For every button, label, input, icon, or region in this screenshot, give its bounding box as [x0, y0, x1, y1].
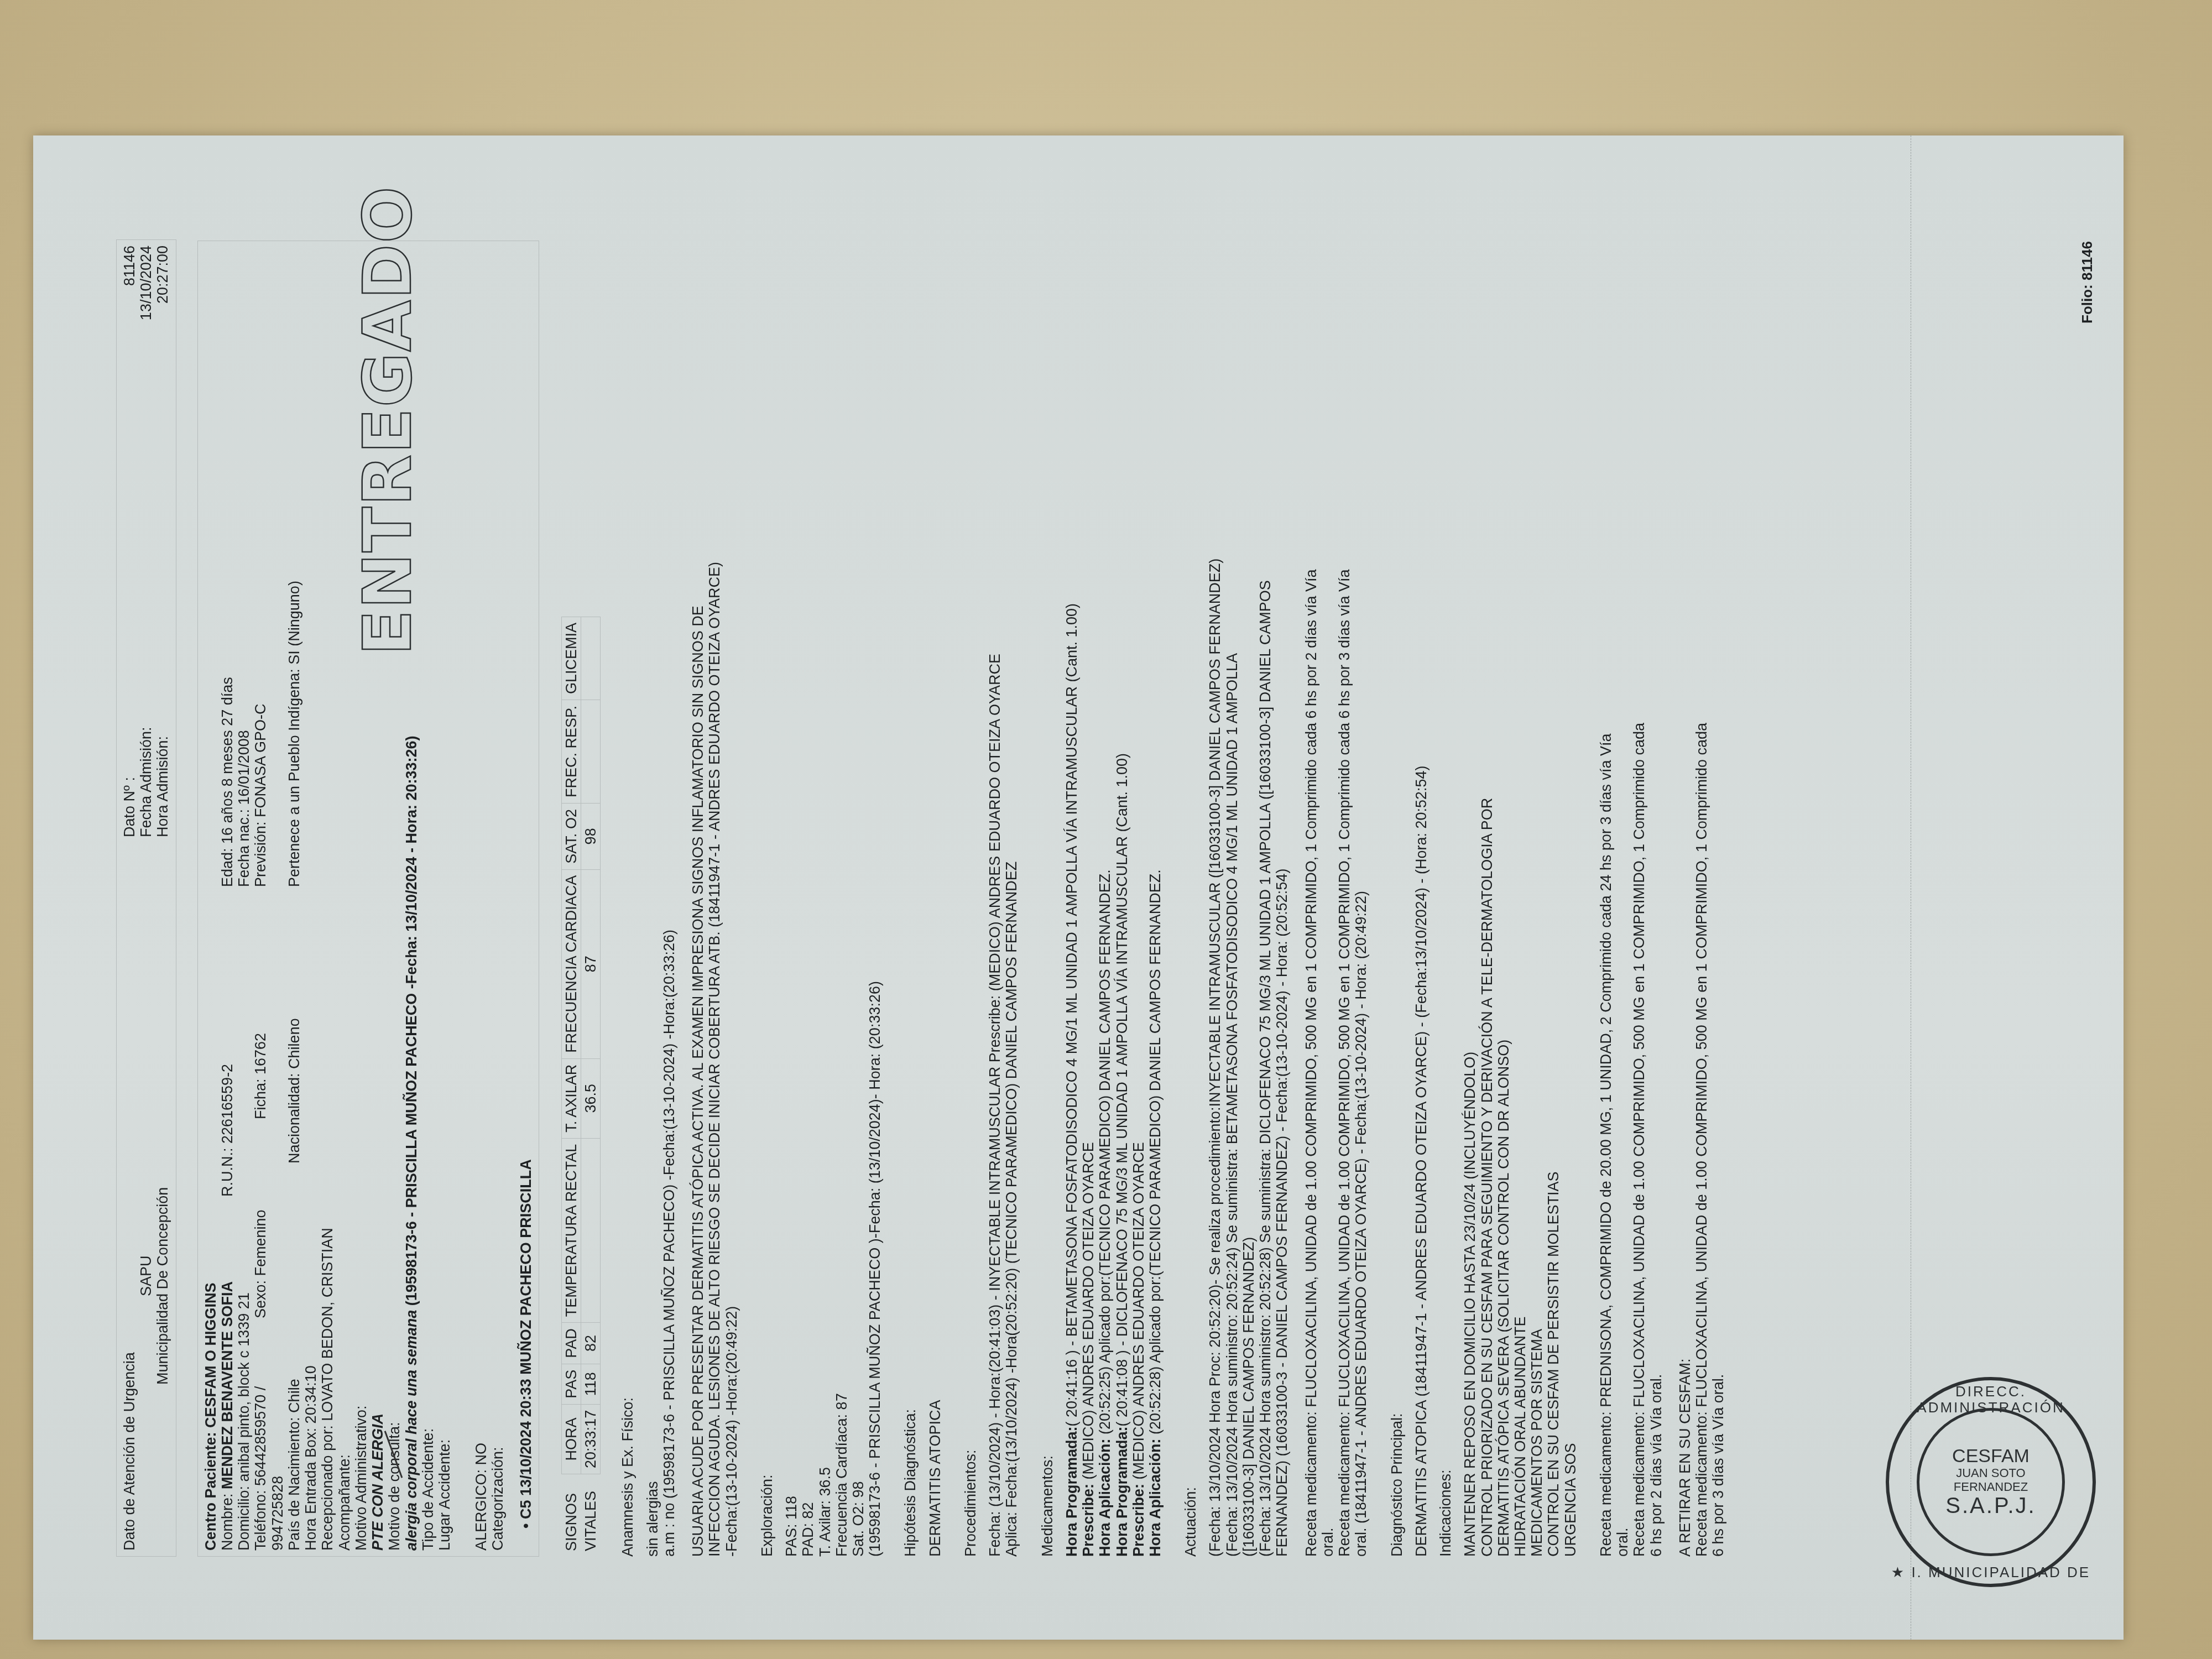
receta-retirar-line: Receta medicamento: FLUCLOXACILINA, UNID…: [1693, 196, 1710, 1557]
urgency-record-sheet: Dato de Atención de Urgencia SAPU Munici…: [33, 135, 2124, 1640]
vitals-header-cell: FRECUENCIA CARDIACA: [561, 869, 581, 1058]
anamnesis-line: [677, 196, 690, 1557]
dato-label: Dato Nº :: [121, 461, 138, 837]
anamnesis-line: -Fecha:(13-10-2024) -Hora:(20:49:22): [723, 196, 740, 1557]
anamnesis-title: Anamnesis y Ex. Físico:: [619, 196, 636, 1557]
exploracion-line: PAD: 82: [800, 196, 816, 1557]
vitals-header-cell: HORA: [561, 1404, 581, 1474]
patient-sexo: Sexo: Femenino: [252, 1119, 269, 1318]
medicamento-line: Prescribe: (MEDICO) ANDRES EDUARDO OTEIZ…: [1130, 196, 1147, 1557]
indicacion-line: MANTENER REPOSO EN DOMICILIO HASTA 23/10…: [1462, 196, 1478, 1557]
hora-admision-value: 20:27:00: [154, 246, 171, 450]
service-name: SAPU: [138, 848, 154, 1551]
indicacion-line: MEDICAMENTOS POR SISTEMA: [1528, 196, 1545, 1557]
exploracion-line: PAS: 118: [783, 196, 800, 1557]
tipo-accidente: Tipo de Accidente:: [420, 1428, 436, 1551]
medicamento-line-label: Hora Programada:: [1114, 1426, 1130, 1557]
vitals-value-cell: 118: [581, 1364, 601, 1404]
categorizacion-label: Categorización:: [489, 247, 506, 1551]
vitals-value-cell: 87: [581, 869, 601, 1058]
indicacion-line: URGENCIA SOS: [1562, 196, 1579, 1557]
medicamento-line-label: Prescribe:: [1130, 1484, 1147, 1557]
vitals-header-cell: GLICEMIA: [561, 617, 581, 700]
vitals-header-cell: FREC. RESP.: [561, 700, 581, 804]
medicamento-line-text: ( 20:41:08 ) - DICLOFENACO 75 MG/3 ML UN…: [1114, 753, 1130, 1426]
medicamento-line-text: (20:52:28) Aplicado por:(TECNICO PARAMED…: [1147, 869, 1164, 1438]
seal-line-2: JUAN SOTO FERNANDEZ: [1919, 1467, 2062, 1494]
indicaciones-title: Indicaciones:: [1437, 196, 1454, 1557]
folio-number: Folio: 81146: [2079, 241, 2095, 324]
procedimiento-line: Fecha: (13/10/2024) - Hora:(20:41:03) - …: [987, 196, 1003, 1557]
vital-signs-table: SIGNOS HORAPASPADTEMPERATURA RECTALT. AX…: [561, 617, 601, 1557]
medicamento-line-label: Hora Aplicación:: [1097, 1438, 1113, 1557]
procedimientos-title: Procedimientos:: [962, 196, 979, 1557]
patient-pais: País de Nacimiento: Chile: [286, 1164, 302, 1551]
categorizacion-value: • C5 13/10/2024 20:33 MUÑOZ PACHECO PRIS…: [518, 247, 534, 1551]
patient-edad: Edad: 16 años 8 meses 27 días: [219, 247, 236, 887]
procedimientos-section: Procedimientos: Fecha: (13/10/2024) - Ho…: [962, 196, 1020, 1557]
actuacion-title: Actuación:: [1182, 196, 1199, 1557]
seal-line-1: CESFAM: [1952, 1446, 2030, 1467]
actuacion-line: ([16033100-3] DANIEL CAMPOS FERNANDEZ): [1240, 196, 1257, 1557]
vitals-value-cell: 82: [581, 1323, 601, 1364]
fecha-admision-value: 13/10/2024: [138, 246, 154, 450]
patient-telefono-2: 994725828: [269, 1476, 286, 1551]
acompanante: Acompañante:: [336, 1454, 353, 1551]
nombre-label: Nombre:: [219, 1493, 236, 1551]
vitals-label-1: SIGNOS: [561, 1474, 581, 1557]
medicamento-line-label: Hora Aplicación:: [1147, 1438, 1164, 1557]
medicamento-line: Hora Programada:( 20:41:08 ) - DICLOFENA…: [1114, 196, 1130, 1557]
diagnostico-value: DERMATITIS ATOPICA (18411947-1 - ANDRES …: [1413, 196, 1430, 1557]
procedimiento-line: Aplica: Fecha:(13/10/2024) -Hora(20:52:2…: [1003, 196, 1020, 1557]
hora-entrada-box: Hora Entrada Box: 20:34:10: [302, 1365, 319, 1551]
vitals-header-cell: T. AXILAR: [561, 1058, 581, 1138]
receta-line: 6 hs por 2 días vía Vía oral.: [1648, 196, 1665, 1557]
patient-nacionalidad: Nacionalidad: Chileno: [286, 887, 302, 1164]
actuacion-line: oral.: [1319, 196, 1336, 1557]
motivo-consulta-value: alergia corporal hace una semana: [403, 1310, 420, 1551]
vitals-label-2: VITALES: [581, 1474, 601, 1557]
fecha-admision-label: Fecha Admisión:: [138, 461, 154, 837]
medicamento-line: Hora Programada:( 20:41:16 ) - BETAMETAS…: [1063, 196, 1080, 1557]
motivo-consulta-signature: (19598173-6 - PRISCILLA MUÑOZ PACHECO -F…: [403, 735, 420, 1310]
vitals-value-cell: [581, 1138, 601, 1323]
anamnesis-line: USUARIA ACUDE POR PRESENTAR DERMATITIS A…: [690, 196, 706, 1557]
indicacion-line: CONTROL PRIORIZADO EN SU CESFAM PARA SEG…: [1479, 196, 1495, 1557]
exploracion-line: (19598173-6 - PRISCILLA MUÑOZ PACHECO )-…: [867, 196, 883, 1557]
receta-retirar-line: 6 hs por 3 días vía Vía oral.: [1710, 196, 1726, 1557]
lugar-accidente: Lugar Accidente:: [436, 1439, 453, 1551]
vitals-header-cell: PAS: [561, 1364, 581, 1404]
actuacion-line: Receta medicamento: FLUCLOXACILINA, UNID…: [1303, 196, 1319, 1557]
receta-line: Receta medicamento: FLUCLOXACILINA, UNID…: [1631, 196, 1647, 1557]
vitals-value-cell: 36.5: [581, 1058, 601, 1138]
patient-name: MENDEZ BENAVENTE SOFIA: [219, 1281, 236, 1489]
vitals-value-cell: 20:33:17: [581, 1404, 601, 1474]
institution-name: Municipalidad De Concepción: [154, 848, 171, 1551]
recepcionado-por: Recepcionado por: LOVATO BEDON, CRISTIAN: [319, 1228, 336, 1551]
actuacion-line: (Fecha: 13/10/2024 Hora Proc: 20:52:20)-…: [1207, 196, 1223, 1557]
centro-paciente: Centro Paciente: CESFAM O HIGGINS: [202, 1282, 219, 1551]
receta-line: oral.: [1614, 196, 1631, 1557]
anamnesis-line: a.m : no (19598173-6 - PRISCILLA MUÑOZ P…: [661, 196, 677, 1557]
diagnostico-title: Diagnóstico Principal:: [1389, 196, 1405, 1557]
medicamento-line-text: (MEDICO) ANDRES EDUARDO OTEIZA OYARCE: [1080, 1142, 1097, 1484]
medicamento-line-label: Prescribe:: [1080, 1484, 1097, 1557]
medicamento-line-text: ( 20:41:16 ) - BETAMETASONA FOSFATODISOD…: [1063, 603, 1080, 1426]
indicacion-line: DERMATITIS ATÓPICA SEVERA (SOLICITAR CON…: [1495, 196, 1512, 1557]
receta-line: Receta medicamento: PREDNISONA, COMPRIMI…: [1598, 196, 1614, 1557]
medicamentos-section: Medicamentos: Hora Programada:( 20:41:16…: [1039, 196, 1164, 1557]
document-title: Dato de Atención de Urgencia: [121, 848, 138, 1551]
medicamento-line-text: (20:52:25) Aplicado por:(TECNICO PARAMED…: [1097, 869, 1113, 1438]
vitals-value-cell: [581, 700, 601, 804]
actuacion-line: Receta medicamento: FLUCLOXACILINA, UNID…: [1336, 196, 1353, 1557]
header-box: Dato de Atención de Urgencia SAPU Munici…: [116, 239, 176, 1557]
patient-fecha-nac: Fecha nac.: 16/01/2008: [236, 247, 252, 887]
anamnesis-line: INFECCION AGUDA. LESIONES DE ALTO RIESGO…: [706, 196, 723, 1557]
medicamentos-title: Medicamentos:: [1039, 196, 1056, 1557]
vitals-header-cell: SAT. O2: [561, 804, 581, 870]
medicamento-line: Prescribe: (MEDICO) ANDRES EDUARDO OTEIZ…: [1080, 196, 1097, 1557]
anamnesis-section: Anamnesis y Ex. Físico: sin alergiasa.m …: [619, 196, 739, 1557]
actuacion-line: oral. (18411947-1 - ANDRES EDUARDO OTEIZ…: [1353, 196, 1369, 1557]
exploracion-line: T. Axilar: 36.5: [817, 196, 833, 1557]
actuacion-line: (Fecha: 13/10/2024 Hora suministro: 20:5…: [1224, 196, 1240, 1557]
recetas-section: Receta medicamento: PREDNISONA, COMPRIMI…: [1598, 196, 1727, 1557]
hipotesis-value: DERMATITIS ATOPICA: [927, 196, 943, 1557]
anamnesis-line: sin alergias: [644, 196, 661, 1557]
patient-prevision: Previsión: FONASA GPO-C: [252, 247, 269, 887]
diagnostico-section: Diagnóstico Principal: DERMATITIS ATOPIC…: [1389, 196, 1579, 1557]
seal-ring-bottom: ★ I. MUNICIPALIDAD DE: [1889, 1564, 2093, 1580]
vitals-header-cell: PAD: [561, 1323, 581, 1364]
cesfam-seal-stamp: DIRECC. ADMINISTRACIÓN CESFAM JUAN SOTO …: [1886, 1377, 2096, 1587]
indicacion-line: HIDRATACIÓN ORAL ABUNDANTE: [1512, 196, 1528, 1557]
exploracion-title: Exploración:: [759, 196, 775, 1557]
patient-telefono: Teléfono: 56442859570 /: [252, 1318, 269, 1551]
actuacion-line: [1291, 196, 1303, 1557]
patient-run: R.U.N.: 22616559-2: [219, 887, 236, 1197]
medicamento-line-label: Hora Programada:: [1063, 1426, 1080, 1557]
actuacion-line: (Fecha: 13/10/2024 Hora suministro: 20:5…: [1257, 196, 1274, 1557]
actuacion-section: Actuación: (Fecha: 13/10/2024 Hora Proc:…: [1182, 196, 1369, 1557]
entregado-stamp: ENTREGADO: [351, 185, 425, 655]
indicacion-line: CONTROL EN SU CESFAM DE PERSISTIR MOLEST…: [1545, 196, 1562, 1557]
hipotesis-title: Hipótesis Diagnóstica:: [902, 196, 919, 1557]
vitals-header-cell: TEMPERATURA RECTAL: [561, 1138, 581, 1323]
hipotesis-section: Hipótesis Diagnóstica: DERMATITIS ATOPIC…: [902, 196, 943, 1557]
hora-admision-label: Hora Admisión:: [154, 461, 171, 837]
actuacion-line: FERNANDEZ) (16033100-3 - DANIEL CAMPOS F…: [1274, 196, 1290, 1557]
exploracion-line: Frecuencia Cardíaca: 87: [833, 196, 850, 1557]
exploracion-section: Exploración: PAS: 118PAD: 82T. Axilar: 3…: [759, 196, 884, 1557]
dato-value: 81146: [121, 246, 138, 450]
motivo-admin-value: PTE CON ALERGIA: [369, 1413, 386, 1551]
patient-ficha: Ficha: 16762: [252, 887, 269, 1119]
patient-pueblo-indigena: Pertenece a un Pueblo Indígena: SI (Ning…: [286, 247, 302, 887]
retirar-title: A RETIRAR EN SU CESFAM:: [1677, 196, 1693, 1557]
patient-domicilio: Domicilio: anibal pinto, block c 1339 21: [236, 1197, 252, 1551]
vitals-value-cell: [581, 617, 601, 700]
alergico: ALERGICO: NO: [473, 247, 489, 1551]
medicamento-line: Hora Aplicación: (20:52:25) Aplicado por…: [1097, 196, 1113, 1557]
medicamento-line: Hora Aplicación: (20:52:28) Aplicado por…: [1147, 196, 1164, 1557]
motivo-admin-label: Motivo Administrativo:: [353, 1405, 369, 1551]
exploracion-line: Sat. O2: 98: [850, 196, 867, 1557]
medicamento-line-text: (MEDICO) ANDRES EDUARDO OTEIZA OYARCE: [1130, 1142, 1147, 1484]
seal-line-3: S.A.P.J.: [1945, 1494, 2036, 1519]
vitals-value-cell: 98: [581, 804, 601, 870]
